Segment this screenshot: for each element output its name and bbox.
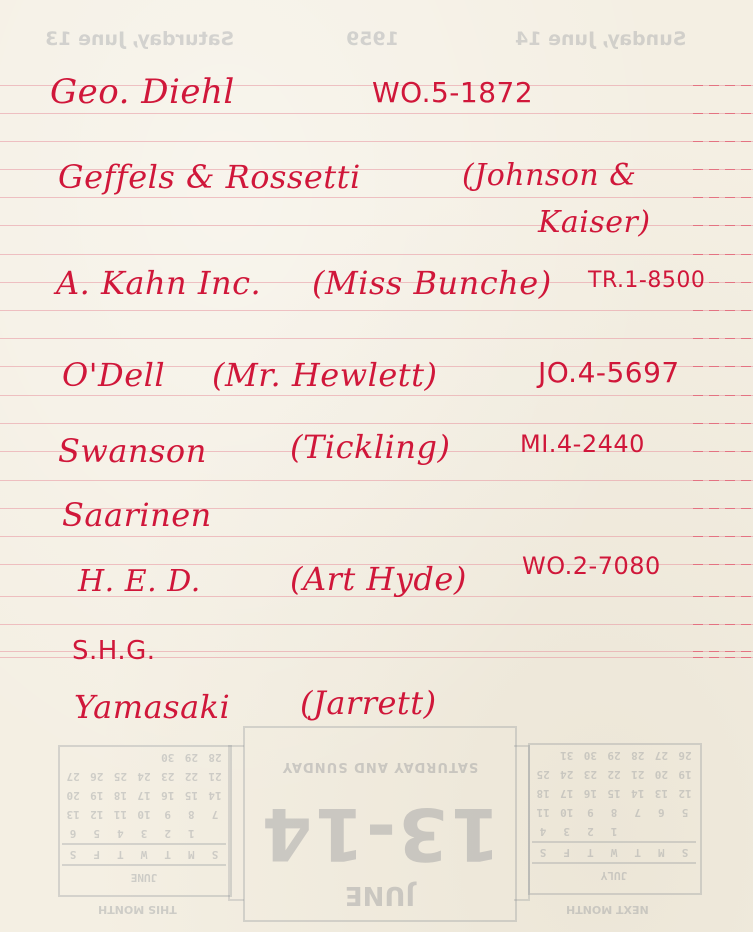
- header-year-showthrough: 1959: [346, 28, 399, 50]
- day: [109, 748, 131, 767]
- ruled-line: [0, 480, 753, 481]
- day: 13: [650, 784, 672, 803]
- day: 9: [579, 803, 601, 822]
- day: 19: [674, 765, 696, 784]
- entry-name: Swanson: [58, 432, 207, 470]
- entry-note: (Miss Bunche): [312, 264, 552, 302]
- day: 16: [579, 784, 601, 803]
- day: 28: [627, 746, 649, 765]
- day: 31: [556, 746, 578, 765]
- week-row: 21 22 23 24 25 26 27: [62, 767, 226, 786]
- weekday: F: [86, 845, 108, 864]
- day: 4: [109, 824, 131, 843]
- day: 24: [133, 767, 155, 786]
- entry-phone: JO.4-5697: [538, 356, 680, 389]
- week-row: 1 2 3 4: [532, 822, 696, 843]
- day: 26: [674, 746, 696, 765]
- entry-name: S.H.G.: [72, 636, 156, 666]
- day: 11: [109, 805, 131, 824]
- week-row: 19 20 21 22 23 24 25: [532, 765, 696, 784]
- day: 8: [180, 805, 202, 824]
- day: 17: [133, 786, 155, 805]
- entry-name: Saarinen: [62, 496, 212, 534]
- entry-phone: TR.1-8500: [588, 268, 705, 293]
- day: 14: [627, 784, 649, 803]
- day: [627, 822, 649, 841]
- next-month-grid: JULY S M T W T F S 1 2 3 4 5 6 7 8 9 10 …: [532, 746, 696, 886]
- day: 2: [579, 822, 601, 841]
- day: 20: [650, 765, 672, 784]
- ruled-line: [0, 197, 753, 198]
- day: 13: [62, 805, 84, 824]
- ruled-line: [0, 395, 753, 396]
- entry-name: A. Kahn Inc.: [56, 264, 261, 302]
- day: [86, 748, 108, 767]
- day: 27: [62, 767, 84, 786]
- entry-phone: MI.4-2440: [520, 430, 645, 458]
- ruled-line: [0, 254, 753, 255]
- ruled-line: [0, 423, 753, 424]
- day: 12: [86, 805, 108, 824]
- ruled-line: [0, 338, 753, 339]
- weekday: W: [603, 843, 625, 862]
- week-row: 7 8 9 10 11 12 13: [62, 805, 226, 824]
- day: 30: [157, 748, 179, 767]
- header-right-showthrough: Sunday, June 14: [515, 28, 686, 50]
- day: [62, 748, 84, 767]
- weekday: T: [109, 845, 131, 864]
- weekday: S: [204, 845, 226, 864]
- weekday-row: S M T W T F S: [532, 843, 696, 864]
- weekday: F: [556, 843, 578, 862]
- day: 22: [603, 765, 625, 784]
- day: 7: [627, 803, 649, 822]
- weekday: M: [180, 845, 202, 864]
- ruled-line: [0, 113, 753, 114]
- day: 9: [157, 805, 179, 824]
- week-row: 26 27 28 29 30 31: [532, 746, 696, 765]
- entry-phone: WO.2-7080: [522, 552, 661, 580]
- week-row: 1 2 3 4 5 6: [62, 824, 226, 845]
- day: 21: [204, 767, 226, 786]
- day: 18: [532, 784, 554, 803]
- week-row: 14 15 16 17 18 19 20: [62, 786, 226, 805]
- day: 23: [579, 765, 601, 784]
- day: [133, 748, 155, 767]
- entry-note: (Tickling): [290, 428, 450, 466]
- day: 3: [556, 822, 578, 841]
- entry-name: Yamasaki: [74, 688, 230, 726]
- ruled-line: [0, 624, 753, 625]
- day: 14: [204, 786, 226, 805]
- day: 19: [86, 786, 108, 805]
- day: 11: [532, 803, 554, 822]
- day: [204, 824, 226, 843]
- day: 30: [579, 746, 601, 765]
- day: 5: [86, 824, 108, 843]
- this-month-label: JUNE: [62, 866, 226, 888]
- day: 25: [109, 767, 131, 786]
- entry-name: Geo. Diehl: [50, 72, 235, 112]
- day: 10: [133, 805, 155, 824]
- entry-note: (Art Hyde): [290, 560, 467, 598]
- day: 23: [157, 767, 179, 786]
- entry-name: H. E. D.: [78, 564, 201, 599]
- card-month: JUNE: [245, 880, 515, 910]
- weekday: T: [579, 843, 601, 862]
- day: 3: [133, 824, 155, 843]
- card-dates: 13-14: [245, 794, 515, 874]
- day: 27: [650, 746, 672, 765]
- day: 16: [157, 786, 179, 805]
- day: 25: [532, 765, 554, 784]
- day: 29: [180, 748, 202, 767]
- entry-note: Kaiser): [538, 205, 651, 240]
- weekday: T: [627, 843, 649, 862]
- day: [674, 822, 696, 841]
- day: 6: [62, 824, 84, 843]
- weekday: T: [157, 845, 179, 864]
- day: 15: [603, 784, 625, 803]
- week-row: 5 6 7 8 9 10 11: [532, 803, 696, 822]
- day: 8: [603, 803, 625, 822]
- weekday: W: [133, 845, 155, 864]
- ruled-line: [0, 141, 753, 142]
- week-row: 28 29 30: [62, 748, 226, 767]
- day: 10: [556, 803, 578, 822]
- entry-name: O'Dell: [62, 356, 165, 394]
- day: [650, 822, 672, 841]
- this-month-caption: THIS MONTH: [98, 903, 177, 916]
- day: 26: [86, 767, 108, 786]
- day: 6: [650, 803, 672, 822]
- day: 4: [532, 822, 554, 841]
- next-month-label: JULY: [532, 864, 696, 886]
- day: 20: [62, 786, 84, 805]
- day: [532, 746, 554, 765]
- day: 5: [674, 803, 696, 822]
- ruled-line: [0, 536, 753, 537]
- date-card-showthrough: JUNE 13-14 SATURDAY AND SUNDAY: [243, 726, 517, 922]
- entry-note: (Johnson &: [462, 158, 636, 193]
- day: 17: [556, 784, 578, 803]
- day: 29: [603, 746, 625, 765]
- day: 24: [556, 765, 578, 784]
- entry-note: (Mr. Hewlett): [212, 356, 437, 394]
- next-month-caption: NEXT MONTH: [566, 903, 649, 916]
- this-month-grid: JUNE S M T W T F S 1 2 3 4 5 6 7 8 9 10 …: [62, 748, 226, 888]
- ruled-line: [0, 310, 753, 311]
- day: 1: [180, 824, 202, 843]
- note-page: Saturday, June 13 1959 Sunday, June 14 G…: [0, 0, 753, 932]
- day: 12: [674, 784, 696, 803]
- weekday: S: [674, 843, 696, 862]
- day: 21: [627, 765, 649, 784]
- day: 22: [180, 767, 202, 786]
- weekday: S: [532, 843, 554, 862]
- weekday: M: [650, 843, 672, 862]
- week-row: 12 13 14 15 16 17 18: [532, 784, 696, 803]
- day: 1: [603, 822, 625, 841]
- day: 15: [180, 786, 202, 805]
- day: 28: [204, 748, 226, 767]
- entry-phone: WO.5-1872: [372, 76, 533, 109]
- entry-note: (Jarrett): [300, 684, 437, 722]
- entry-name: Geffels & Rossetti: [58, 158, 361, 196]
- header-left-showthrough: Saturday, June 13: [45, 28, 234, 50]
- day: 2: [157, 824, 179, 843]
- weekday: S: [62, 845, 84, 864]
- card-caption: SATURDAY AND SUNDAY: [245, 759, 515, 774]
- day: 7: [204, 805, 226, 824]
- day: 18: [109, 786, 131, 805]
- weekday-row: S M T W T F S: [62, 845, 226, 866]
